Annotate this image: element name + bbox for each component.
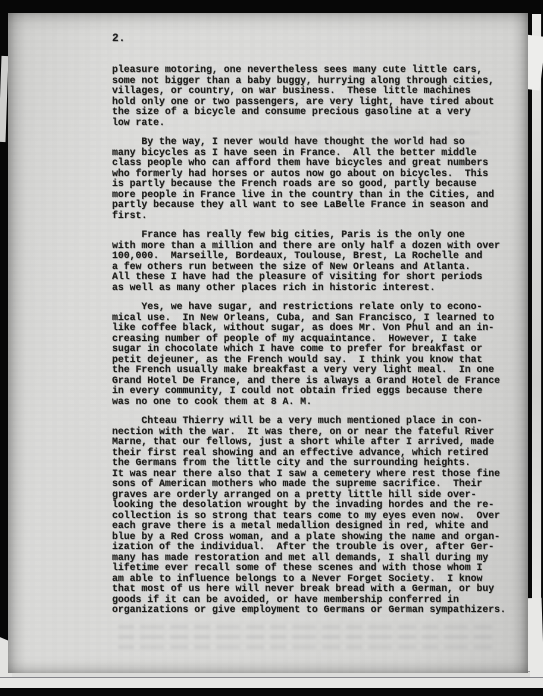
bleed-through-line [118, 625, 498, 629]
paragraph-french-cities: France has really few big cities, Paris … [112, 230, 522, 293]
paragraph-sugar: Yes, we have sugar, and restrictions rel… [112, 302, 522, 407]
paper-sheet: 2. pleasure motoring, one nevertheless s… [8, 13, 528, 673]
bleed-through-line [118, 645, 498, 649]
bleed-through-line [118, 635, 498, 639]
paragraph-chateau-thierry: Chteau Thierry will be a very much menti… [112, 416, 522, 616]
bleed-through-smudge [118, 625, 498, 655]
page-number: 2. [112, 33, 125, 45]
stacked-sheet-edge [0, 677, 543, 688]
scanned-letter-page: 2. pleasure motoring, one nevertheless s… [0, 0, 543, 696]
paragraph-pleasure-motoring: pleasure motoring, one nevertheless sees… [112, 65, 522, 128]
letter-body: pleasure motoring, one nevertheless sees… [112, 65, 522, 625]
page-stack-edge-right [532, 14, 542, 686]
paragraph-bicycles: By the way, I never would have thought t… [112, 137, 522, 221]
